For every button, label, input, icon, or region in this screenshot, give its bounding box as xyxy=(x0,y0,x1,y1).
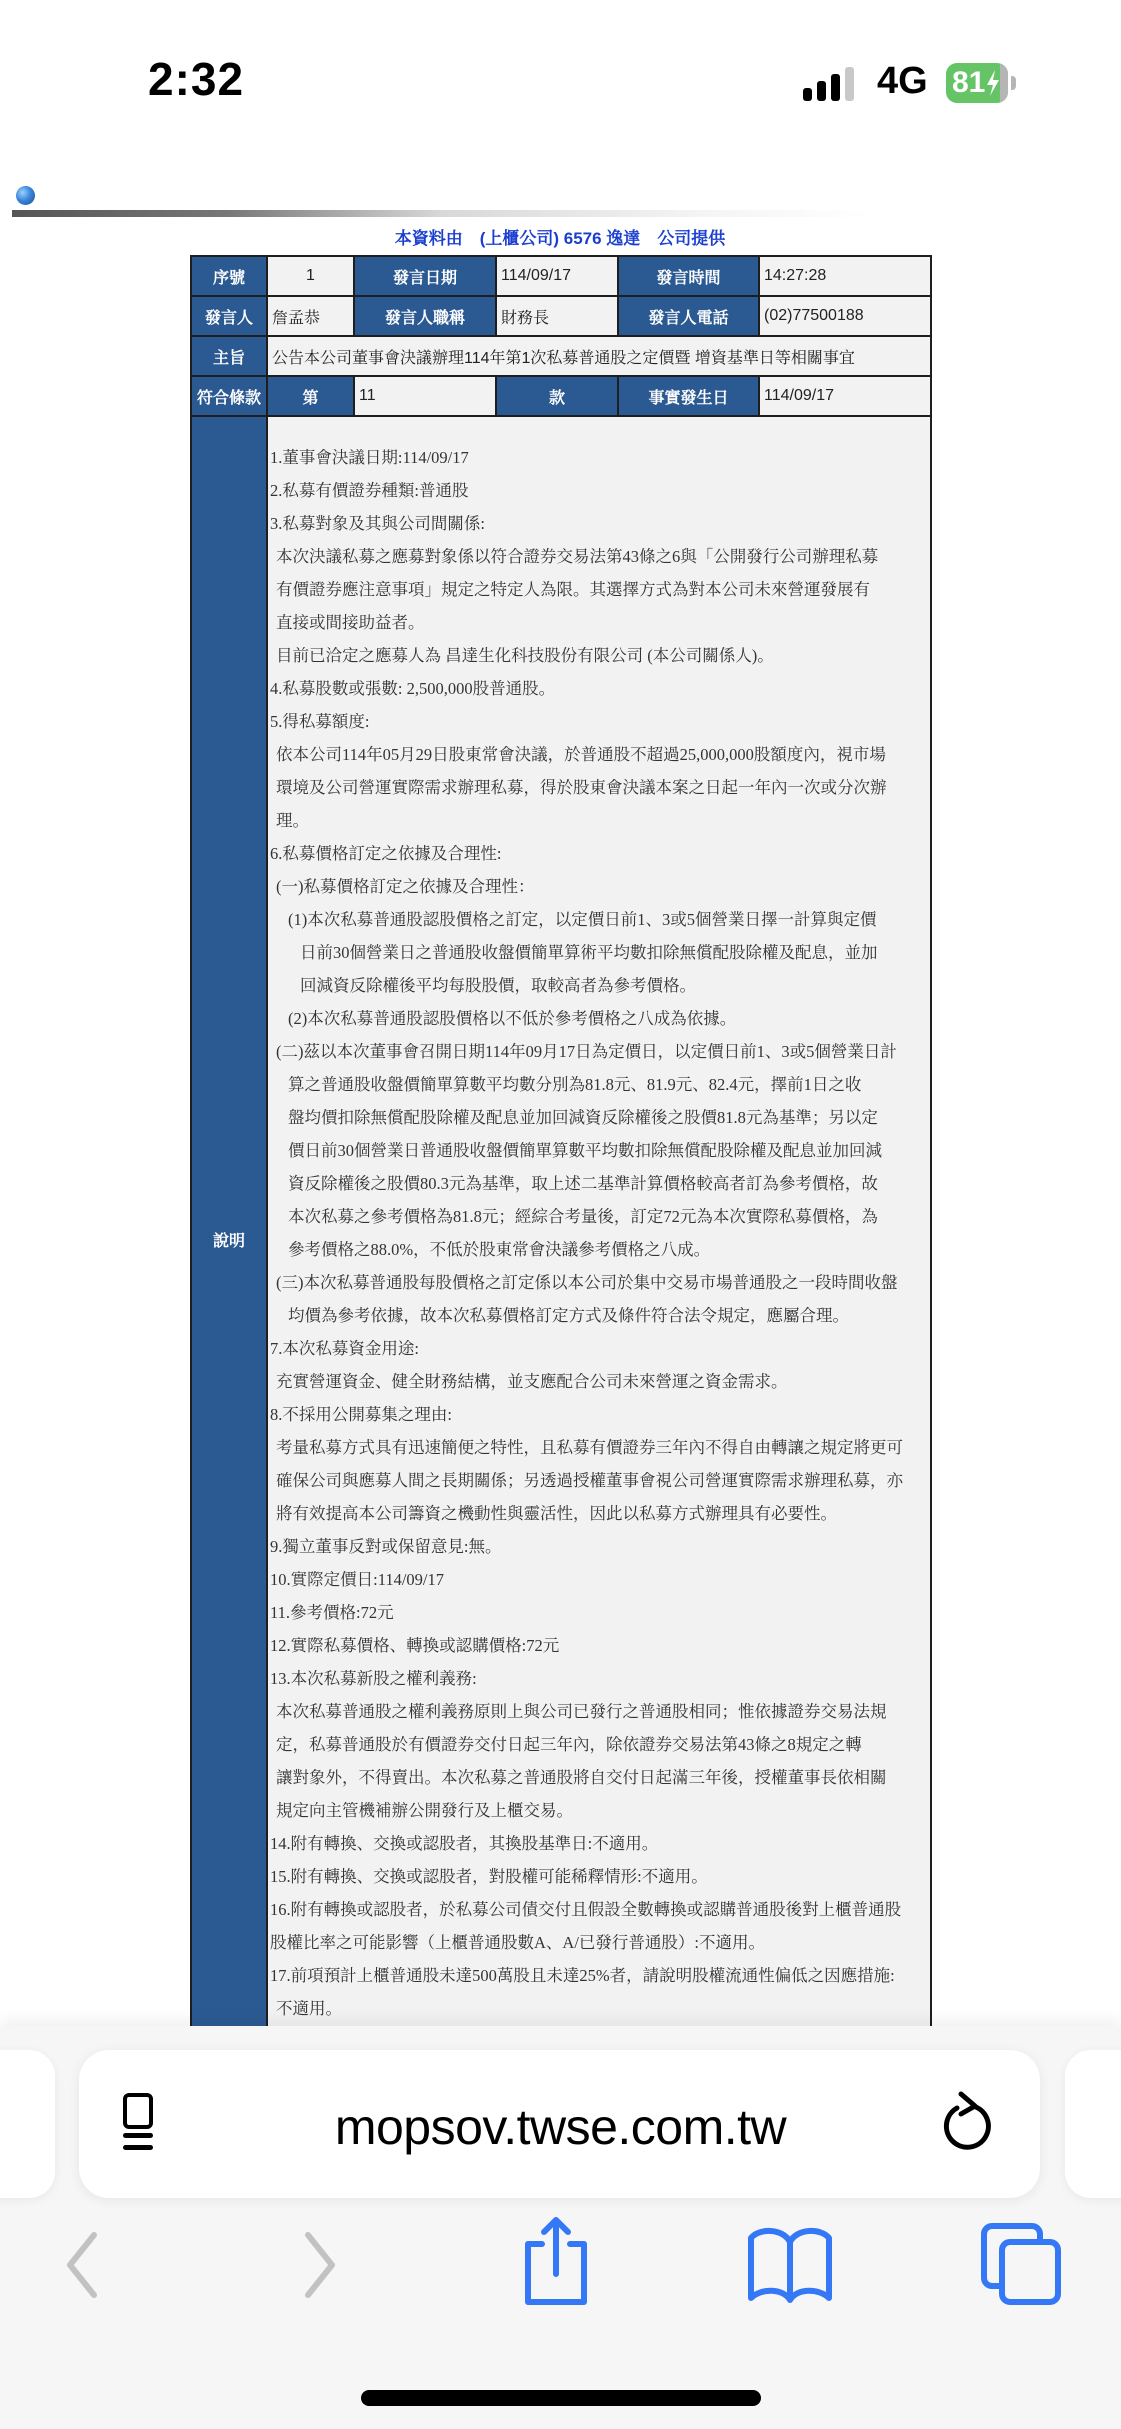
desc-line: 本次私募之參考價格為81.8元；經綜合考量後，訂定72元為本次實際私募價格，為 xyxy=(270,1200,928,1233)
desc-line: (1)本次私募普通股認股價格之訂定，以定價日前1、3或5個營業日擇一計算與定價 xyxy=(270,903,928,936)
desc-line: (2)本次私募普通股認股價格以不低於參考價格之八成為依據。 xyxy=(270,1002,928,1035)
desc-line: 3.私募對象及其與公司間關係: xyxy=(270,507,928,540)
tabs-icon[interactable] xyxy=(980,2222,1064,2308)
desc-line: 8.不採用公開募集之理由: xyxy=(270,1398,928,1431)
network-type: 4G xyxy=(877,60,928,103)
speaker-label: 發言人 xyxy=(191,296,267,336)
clause-suffix: 款 xyxy=(496,376,618,416)
battery-percent: 81 xyxy=(952,66,985,100)
subject-label: 主旨 xyxy=(191,336,267,376)
status-bar: 2:32 4G 81 xyxy=(0,0,1121,160)
desc-line: 資反除權後之股價80.3元為基準，取上述二基準計算價格較高者訂為參考價格，故 xyxy=(270,1167,928,1200)
speaker-value: 詹孟恭 xyxy=(267,296,354,336)
home-indicator[interactable] xyxy=(361,2390,761,2406)
desc-line: 12.實際私募價格、轉換或認購價格:72元 xyxy=(270,1629,928,1662)
desc-line: 定，私募普通股於有價證券交付日起三年內，除依證券交易法第43條之8規定之轉 xyxy=(270,1728,928,1761)
charging-bolt-icon xyxy=(986,70,1000,96)
desc-line: (二)茲以本次董事會召開日期114年09月17日為定價日，以定價日前1、3或5個… xyxy=(270,1035,928,1068)
time-label: 發言時間 xyxy=(618,256,759,296)
phone-value: (02)77500188 xyxy=(759,296,931,336)
desc-line: 11.參考價格:72元 xyxy=(270,1596,928,1629)
table-row: 符合條款 第 11 款 事實發生日 114/09/17 xyxy=(191,376,931,416)
desc-line: (一)私募價格訂定之依據及合理性： xyxy=(270,870,928,903)
forward-icon[interactable] xyxy=(296,2230,344,2300)
time-value: 14:27:28 xyxy=(759,256,931,296)
desc-line: 依本公司114年05月29日股東常會決議，於普通股不超過25,000,000股額… xyxy=(270,738,928,771)
desc-line: 價日前30個營業日普通股收盤價簡單算數平均數扣除無償配股除權及配息並加回減 xyxy=(270,1134,928,1167)
battery-cap xyxy=(1011,76,1016,90)
desc-line: 規定向主管機補辦公開發行及上櫃交易。 xyxy=(270,1794,928,1827)
table-row: 說明 1.董事會決議日期:114/09/17 2.私募有價證券種類:普通股 3.… xyxy=(191,416,931,2062)
battery-icon: 81 xyxy=(946,63,1008,103)
announcement-table: 序號 1 發言日期 114/09/17 發言時間 14:27:28 發言人 詹孟… xyxy=(190,255,932,2063)
table-row: 發言人 詹孟恭 發言人職稱 財務長 發言人電話 (02)77500188 xyxy=(191,296,931,336)
reload-icon[interactable] xyxy=(937,2088,997,2158)
desc-line: 本次決議私募之應募對象係以符合證券交易法第43條之6與「公開發行公司辦理私募 xyxy=(270,540,928,573)
desc-line: 15.附有轉換、交換或認股者，對股權可能稀釋情形:不適用。 xyxy=(270,1860,928,1893)
desc-line: 環境及公司營運實際需求辦理私募，得於股東會決議本案之日起一年內一次或分次辦 xyxy=(270,771,928,804)
clause-prefix: 第 xyxy=(267,376,354,416)
date-label: 發言日期 xyxy=(354,256,496,296)
desc-line: 算之普通股收盤價簡單算數平均數分別為81.8元、81.9元、82.4元，擇前1日… xyxy=(270,1068,928,1101)
desc-line: 股權比率之可能影響（上櫃普通股數A、A/已發行普通股）:不適用。 xyxy=(270,1926,928,1959)
desc-line: 14.附有轉換、交換或認股者，其換股基準日:不適用。 xyxy=(270,1827,928,1860)
clock: 2:32 xyxy=(148,52,244,106)
desc-line: 充實營運資金、健全財務結構，並支應配合公司未來營運之資金需求。 xyxy=(270,1365,928,1398)
desc-line: 6.私募價格訂定之依據及合理性: xyxy=(270,837,928,870)
clause-label: 符合條款 xyxy=(191,376,267,416)
date-value: 114/09/17 xyxy=(496,256,618,296)
speaker-title-value: 財務長 xyxy=(496,296,618,336)
desc-line: 確保公司與應募人間之長期關係；另透過授權董事會視公司營運實際需求辦理私募，亦 xyxy=(270,1464,928,1497)
phone-label: 發言人電話 xyxy=(618,296,759,336)
desc-line: 16.附有轉換或認股者，於私募公司債交付且假設全數轉換或認購普通股後對上櫃普通股 xyxy=(270,1893,928,1926)
serial-value: 1 xyxy=(267,256,354,296)
table-row: 主旨 公告本公司董事會決議辦理114年第1次私募普通股之定價暨 增資基準日等相關… xyxy=(191,336,931,376)
share-icon[interactable] xyxy=(516,2216,596,2308)
desc-line: 有價證券應注意事項」規定之特定人為限。其選擇方式為對本公司未來營運發展有 xyxy=(270,573,928,606)
cellular-signal-icon xyxy=(803,67,859,101)
fact-date-value: 114/09/17 xyxy=(759,376,931,416)
desc-line: 17.前項預計上櫃普通股未達500萬股且未達25%者，請說明股權流通性偏低之因應… xyxy=(270,1959,928,1992)
description-label: 說明 xyxy=(191,416,267,2062)
desc-line: 10.實際定價日:114/09/17 xyxy=(270,1563,928,1596)
desc-line: 2.私募有價證券種類:普通股 xyxy=(270,474,928,507)
back-icon[interactable] xyxy=(58,2230,106,2300)
desc-line: (三)本次私募普通股每股價格之訂定係以本公司於集中交易市場普通股之一段時間收盤 xyxy=(270,1266,928,1299)
speaker-title-label: 發言人職稱 xyxy=(354,296,496,336)
desc-line: 將有效提高本公司籌資之機動性與靈活性，因此以私募方式辦理具有必要性。 xyxy=(270,1497,928,1530)
desc-line: 讓對象外，不得賣出。本次私募之普通股將自交付日起滿三年後，授權董事長依相關 xyxy=(270,1761,928,1794)
desc-line: 日前30個營業日之普通股收盤價簡單算術平均數扣除無償配股除權及配息，並加 xyxy=(270,936,928,969)
desc-line: 直接或間接助益者。 xyxy=(270,606,928,639)
description-body: 1.董事會決議日期:114/09/17 2.私募有價證券種類:普通股 3.私募對… xyxy=(267,416,931,2062)
provider-line: 本資料由 (上櫃公司) 6576 逸達 公司提供 xyxy=(190,224,930,249)
desc-line: 9.獨立董事反對或保留意見:無。 xyxy=(270,1530,928,1563)
desc-line: 7.本次私募資金用途: xyxy=(270,1332,928,1365)
desc-line: 本次私募普通股之權利義務原則上與公司已發行之普通股相同；惟依據證券交易法規 xyxy=(270,1695,928,1728)
desc-line: 4.私募股數或張數: 2,500,000股普通股。 xyxy=(270,672,928,705)
desc-line: 理。 xyxy=(270,804,928,837)
desc-line: 考量私募方式具有迅速簡便之特性，且私募有價證券三年內不得自由轉讓之規定將更可 xyxy=(270,1431,928,1464)
header-divider xyxy=(12,210,872,217)
fact-date-label: 事實發生日 xyxy=(618,376,759,416)
globe-icon xyxy=(16,186,35,205)
clause-value: 11 xyxy=(354,376,496,416)
desc-line: 參考價格之88.0%，不低於股東常會決議參考價格之八成。 xyxy=(270,1233,928,1266)
desc-line: 回減資反除權後平均每股股價，取較高者為參考價格。 xyxy=(270,969,928,1002)
desc-line: 盤均價扣除無償配股除權及配息並加回減資反除權後之股價81.8元為基準；另以定 xyxy=(270,1101,928,1134)
desc-line: 1.董事會決議日期:114/09/17 xyxy=(270,441,928,474)
table-row: 序號 1 發言日期 114/09/17 發言時間 14:27:28 xyxy=(191,256,931,296)
desc-line: 5.得私募額度: xyxy=(270,705,928,738)
desc-line: 目前已洽定之應募人為 昌達生化科技股份有限公司 (本公司關係人)。 xyxy=(270,639,928,672)
desc-line: 不適用。 xyxy=(270,1992,928,2025)
subject-value: 公告本公司董事會決議辦理114年第1次私募普通股之定價暨 增資基準日等相關事宜 xyxy=(267,336,931,376)
desc-line: 13.本次私募新股之權利義務: xyxy=(270,1662,928,1695)
desc-line: 均價為參考依據，故本次私募價格訂定方式及條件符合法令規定，應屬合理。 xyxy=(270,1299,928,1332)
bookmarks-icon[interactable] xyxy=(745,2226,835,2304)
serial-label: 序號 xyxy=(191,256,267,296)
